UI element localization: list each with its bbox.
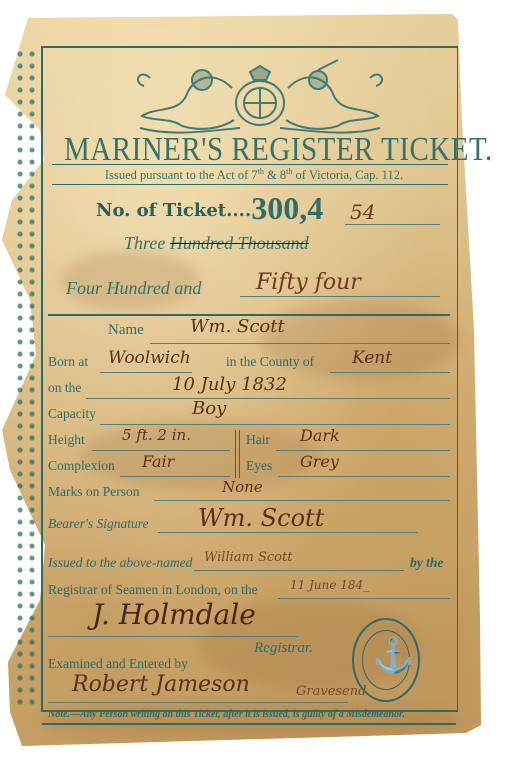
- ticket-words-handwritten: Fifty four: [256, 270, 361, 295]
- registrar-date-value: 11 June 184_: [290, 578, 369, 592]
- hair-label: Hair: [246, 432, 270, 448]
- bottom-rule: [42, 723, 456, 725]
- complexion-label: Complexion: [48, 458, 115, 474]
- by-the-label: by the: [410, 555, 443, 571]
- dob-label: on the: [48, 380, 81, 396]
- registrar-line-label: Registrar of Seamen in London, on the: [48, 582, 258, 598]
- underline: [158, 532, 418, 533]
- eyes-value: Grey: [300, 452, 339, 471]
- name-value: Wm. Scott: [190, 316, 285, 337]
- underline: [345, 224, 440, 225]
- registrar-label: Registrar.: [254, 640, 313, 657]
- underline: [278, 476, 450, 477]
- anchor-icon: ⚓: [372, 640, 414, 674]
- name-label: Name: [108, 322, 144, 339]
- printed-words: Three: [124, 233, 165, 253]
- ticket-number-line: No. of Ticket....300,4: [96, 190, 323, 227]
- underline: [92, 450, 230, 451]
- underline: [48, 636, 298, 637]
- underline: [276, 450, 450, 451]
- county-value: Kent: [352, 348, 392, 368]
- height-value: 5 ft. 2 in.: [122, 426, 191, 444]
- dob-value: 10 July 1832: [172, 374, 287, 395]
- seamen-office-stamp: ⚓: [352, 618, 420, 702]
- ticket-number-label: No. of Ticket....: [96, 200, 251, 221]
- examiner-signature: Robert Jameson: [72, 672, 250, 697]
- examiner-note: Gravesend: [296, 684, 366, 699]
- born-at-value: Woolwich: [108, 348, 191, 368]
- underline: [120, 476, 230, 477]
- capacity-label: Capacity: [48, 406, 96, 422]
- marks-label: Marks on Person: [48, 484, 140, 500]
- county-label: in the County of: [226, 354, 314, 370]
- subtitle-text: Issued pursuant to the Act of 7: [105, 168, 258, 182]
- decorative-border-pattern: [14, 48, 40, 708]
- ticket-words-line-2: Four Hundred and: [66, 278, 201, 299]
- underline: [330, 372, 450, 373]
- document-subtitle: Issued pursuant to the Act of 7th & 8th …: [64, 167, 444, 183]
- born-at-label: Born at: [48, 354, 88, 370]
- underline: [278, 598, 450, 599]
- examined-label: Examined and Entered by: [48, 656, 188, 672]
- ticket-number-printed: 300,4: [251, 190, 323, 226]
- hair-value: Dark: [300, 426, 340, 445]
- underline: [100, 372, 192, 373]
- underline: [150, 343, 450, 344]
- underline: [100, 424, 450, 425]
- height-label: Height: [48, 432, 85, 448]
- registrar-signature: J. Holmdale: [92, 598, 256, 631]
- royal-coat-of-arms-icon: [120, 58, 400, 138]
- marks-value: None: [222, 478, 263, 496]
- underline: [48, 702, 348, 703]
- subtitle-text: & 8: [264, 168, 286, 182]
- capacity-value: Boy: [192, 398, 226, 419]
- bearer-signature-label: Bearer's Signature: [48, 516, 149, 532]
- ticket-number-handwritten: 54: [350, 200, 375, 224]
- underline: [240, 296, 440, 297]
- underline: [194, 570, 404, 571]
- subtitle-text: of Victoria, Cap. 112.: [292, 168, 403, 182]
- ticket-words-line-1: Three Hundred Thousand: [124, 233, 309, 254]
- column-divider: [235, 430, 240, 478]
- title-rule: [52, 164, 448, 165]
- underline: [86, 398, 450, 399]
- complexion-value: Fair: [142, 452, 174, 471]
- underline: [154, 500, 450, 501]
- issued-to-label: Issued to the above-named: [48, 555, 192, 571]
- misdemeanor-note: Note.—Any Person writing on this Ticket,…: [48, 709, 405, 720]
- bearer-signature-value: Wm. Scott: [198, 504, 324, 532]
- eyes-label: Eyes: [246, 458, 272, 474]
- subtitle-rule: [52, 184, 448, 185]
- struck-words: Hundred Thousand: [170, 233, 309, 253]
- issued-to-value: William Scott: [204, 550, 292, 565]
